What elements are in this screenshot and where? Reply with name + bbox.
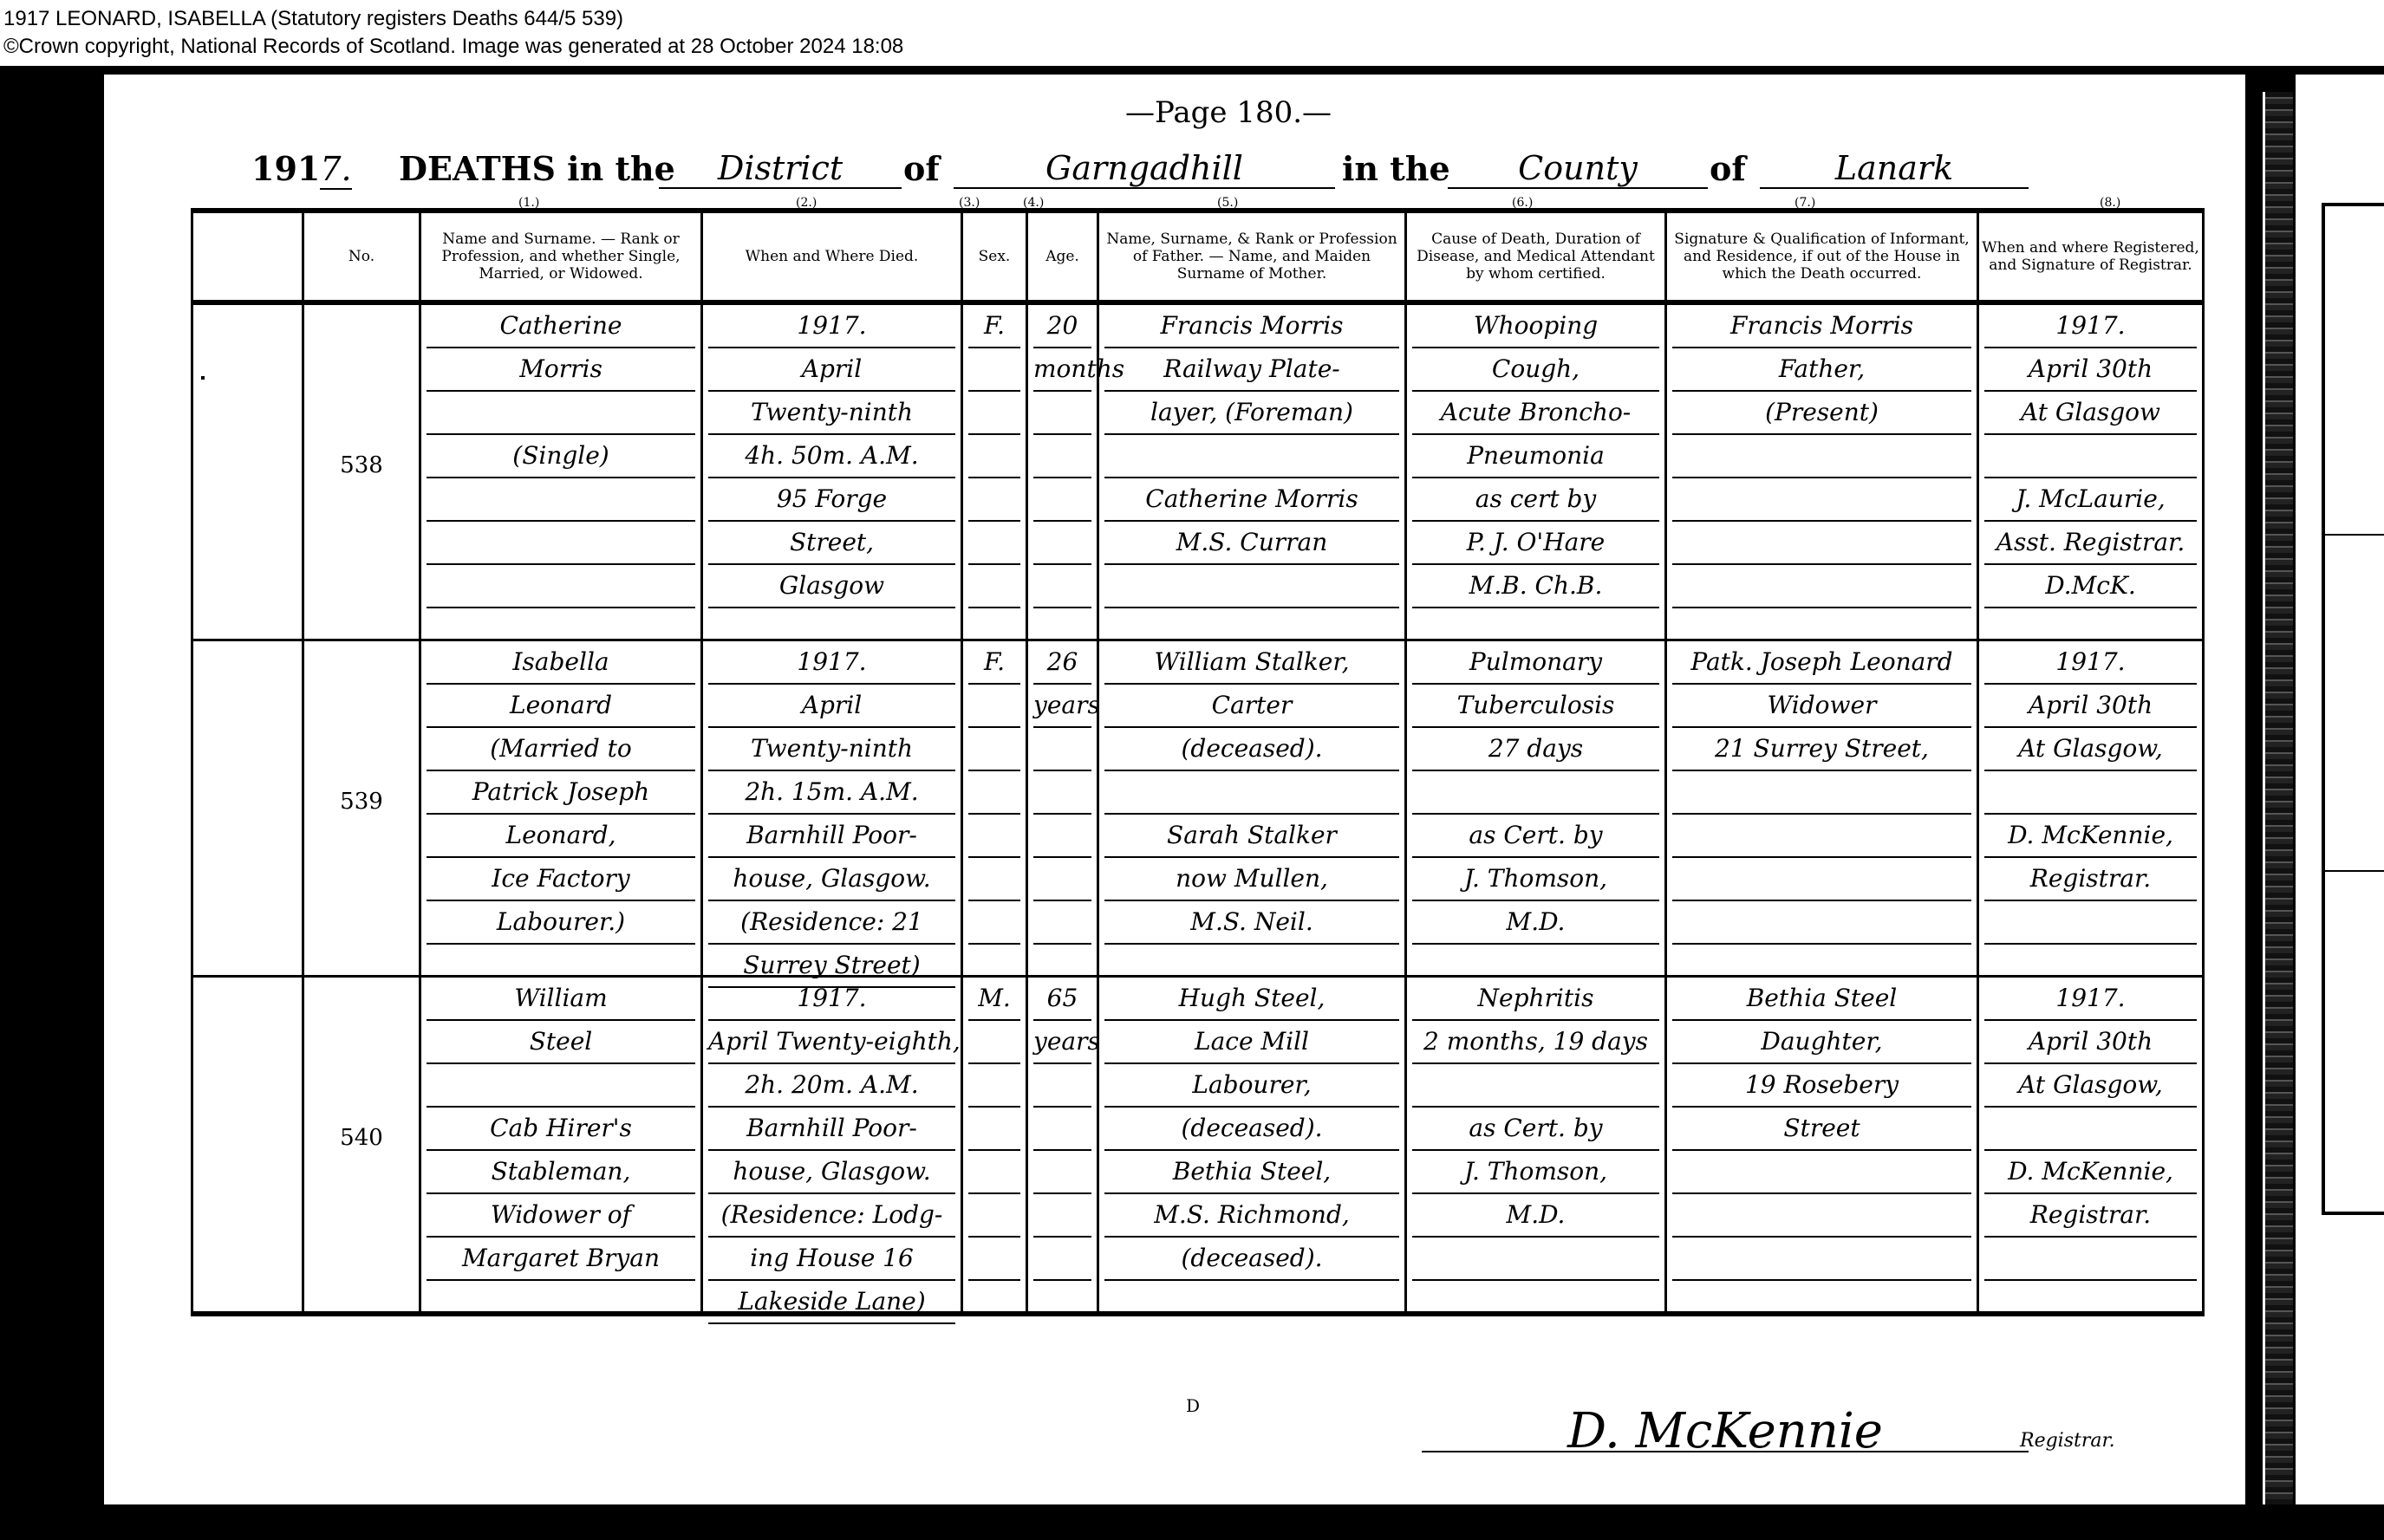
when-where-line: 95 Forge (708, 478, 955, 522)
sex-line (968, 348, 1020, 392)
sex-line (968, 1151, 1020, 1194)
book-spine (2263, 92, 2293, 1504)
name-line (427, 565, 695, 608)
parents-line (1104, 435, 1399, 478)
parents-line: Railway Plate- (1104, 348, 1399, 392)
parents-line: (deceased). (1104, 728, 1399, 771)
registered-line: D. McKennie, (1984, 1151, 2197, 1194)
registered-line: April 30th (1984, 1021, 2197, 1064)
header-sex: Sex. (962, 211, 1027, 302)
entry-number-cell: 540 (303, 977, 420, 1315)
table-header-row: No. Name and Surname. — Rank or Professi… (192, 211, 2204, 302)
cause-line: P. J. O'Hare (1412, 522, 1659, 565)
registered-line: Registrar. (1984, 1194, 2197, 1238)
informant-line: (Present) (1672, 392, 1971, 435)
sex-line (968, 565, 1020, 608)
cause-line: Cough, (1412, 348, 1659, 392)
when-where-line: 1917. (708, 305, 955, 348)
registered-line: April 30th (1984, 685, 2197, 728)
header-registered: When and where Registered, and Signature… (1978, 211, 2204, 302)
header-no: No. (303, 211, 420, 302)
cause-line: M.D. (1412, 901, 1659, 945)
cause-line: Acute Broncho- (1412, 392, 1659, 435)
registered-line (1984, 1108, 2197, 1151)
entry-number: 538 (304, 452, 419, 478)
sex-line (968, 435, 1020, 478)
age-line: years (1033, 685, 1091, 728)
margin-cell (192, 977, 303, 1315)
parents-cell: Hugh Steel,Lace MillLabourer,(deceased).… (1098, 977, 1406, 1315)
name-line (427, 392, 695, 435)
when-where-line: April (708, 685, 955, 728)
cause-line: 27 days (1412, 728, 1659, 771)
cause-line (1412, 771, 1659, 815)
age-cell: 20months (1027, 302, 1098, 640)
year-label: 1917. (251, 149, 352, 188)
facing-page (2296, 75, 2384, 1504)
when-where-line: 4h. 50m. A.M. (708, 435, 955, 478)
cause-line: Whooping (1412, 305, 1659, 348)
parents-line: Catherine Morris (1104, 478, 1399, 522)
margin-cell (192, 640, 303, 977)
age-cell: 65years (1027, 977, 1098, 1315)
informant-line: Widower (1672, 685, 1971, 728)
when-where-line: 2h. 20m. A.M. (708, 1064, 955, 1108)
informant-line (1672, 478, 1971, 522)
when-where-cell: 1917.AprilTwenty-ninth2h. 15m. A.M.Barnh… (702, 640, 962, 977)
header-age: Age. (1027, 211, 1098, 302)
registered-line: 1917. (1984, 641, 2197, 685)
cause-cell: Nephritis2 months, 19 daysas Cert. byJ. … (1406, 977, 1666, 1315)
name-line: (Married to (427, 728, 695, 771)
registered-cell: 1917.April 30thAt GlasgowJ. McLaurie,Ass… (1978, 302, 2204, 640)
informant-line: 21 Surrey Street, (1672, 728, 1971, 771)
name-line: Widower of (427, 1194, 695, 1238)
cause-line: M.B. Ch.B. (1412, 565, 1659, 608)
informant-line: Francis Morris (1672, 305, 1971, 348)
deaths-register-table: No. Name and Surname. — Rank or Professi… (191, 208, 2205, 1316)
sex-line (968, 392, 1020, 435)
age-line (1033, 1108, 1091, 1151)
sex-line (968, 815, 1020, 858)
sex-line (968, 1108, 1020, 1151)
sex-line (968, 771, 1020, 815)
sex-line: M. (968, 978, 1020, 1021)
when-where-line: house, Glasgow. (708, 1151, 955, 1194)
age-line (1033, 565, 1091, 608)
parents-line: (deceased). (1104, 1238, 1399, 1281)
when-where-line: ing House 16 (708, 1238, 955, 1281)
deaths-in-the-label: DEATHS in the (399, 149, 675, 188)
age-line (1033, 1151, 1091, 1194)
age-line (1033, 435, 1091, 478)
when-where-line: Twenty-ninth (708, 392, 955, 435)
parents-line: Hugh Steel, (1104, 978, 1399, 1021)
table-row: 538CatherineMorris(Single)1917.AprilTwen… (192, 302, 2204, 640)
informant-line (1672, 565, 1971, 608)
sex-line: F. (968, 641, 1020, 685)
county-type: County (1448, 149, 1708, 189)
when-where-line: April (708, 348, 955, 392)
name-cell: CatherineMorris(Single) (420, 302, 702, 640)
name-line: Morris (427, 348, 695, 392)
header-when-where: When and Where Died. (702, 211, 962, 302)
parents-cell: Francis MorrisRailway Plate-layer, (Fore… (1098, 302, 1406, 640)
sex-line (968, 478, 1020, 522)
age-line (1033, 1238, 1091, 1281)
page-mark: D (1186, 1395, 1200, 1416)
informant-line: Daughter, (1672, 1021, 1971, 1064)
cause-line: as Cert. by (1412, 1108, 1659, 1151)
sex-line (968, 1194, 1020, 1238)
informant-line (1672, 435, 1971, 478)
registered-line: At Glasgow, (1984, 1064, 2197, 1108)
sex-line (968, 522, 1020, 565)
age-line (1033, 771, 1091, 815)
name-line: Leonard (427, 685, 695, 728)
cause-line: as Cert. by (1412, 815, 1659, 858)
parents-line: M.S. Neil. (1104, 901, 1399, 945)
informant-cell: Francis MorrisFather,(Present) (1666, 302, 1978, 640)
sex-line (968, 1021, 1020, 1064)
when-where-cell: 1917.April Twenty-eighth,2h. 20m. A.M.Ba… (702, 977, 962, 1315)
header-name: Name and Surname. — Rank or Profession, … (420, 211, 702, 302)
registered-line: At Glasgow (1984, 392, 2197, 435)
record-title: 1917 LEONARD, ISABELLA (Statutory regist… (3, 7, 623, 31)
when-where-line: (Residence: 21 (708, 901, 955, 945)
name-line: Ice Factory (427, 858, 695, 901)
when-where-line: (Residence: Lodg- (708, 1194, 955, 1238)
cause-line: Pulmonary (1412, 641, 1659, 685)
name-line: Steel (427, 1021, 695, 1064)
name-line: Labourer.) (427, 901, 695, 945)
entry-number: 540 (304, 1125, 419, 1151)
informant-cell: Patk. Joseph LeonardWidower21 Surrey Str… (1666, 640, 1978, 977)
parents-line: Labourer, (1104, 1064, 1399, 1108)
header-informant: Signature & Qualification of Informant, … (1666, 211, 1978, 302)
cause-line (1412, 1064, 1659, 1108)
registered-line: J. McLaurie, (1984, 478, 2197, 522)
cause-line: Tuberculosis (1412, 685, 1659, 728)
cause-line: Pneumonia (1412, 435, 1659, 478)
age-line: 20 (1033, 305, 1091, 348)
sex-line: F. (968, 305, 1020, 348)
entry-number-cell: 538 (303, 302, 420, 640)
informant-line: 19 Rosebery (1672, 1064, 1971, 1108)
sex-cell: F. (962, 302, 1027, 640)
age-line: 26 (1033, 641, 1091, 685)
name-line (427, 1064, 695, 1108)
sex-line (968, 1238, 1020, 1281)
cause-cell: PulmonaryTuberculosis27 daysas Cert. byJ… (1406, 640, 1666, 977)
of-label-2: of (1710, 149, 1746, 188)
informant-line (1672, 522, 1971, 565)
sex-cell: M. (962, 977, 1027, 1315)
name-line: Leonard, (427, 815, 695, 858)
sex-line (968, 858, 1020, 901)
registered-line (1984, 1238, 2197, 1281)
informant-line (1672, 858, 1971, 901)
name-line: Stableman, (427, 1151, 695, 1194)
sex-line (968, 728, 1020, 771)
registered-cell: 1917.April 30thAt Glasgow,D. McKennie,Re… (1978, 640, 2204, 977)
entry-number: 539 (304, 789, 419, 815)
name-line: Cab Hirer's (427, 1108, 695, 1151)
parents-line: Sarah Stalker (1104, 815, 1399, 858)
registered-line: 1917. (1984, 305, 2197, 348)
parents-line: Francis Morris (1104, 305, 1399, 348)
cause-line: as cert by (1412, 478, 1659, 522)
cause-line: Nephritis (1412, 978, 1659, 1021)
cause-line (1412, 1238, 1659, 1281)
registrar-signature: D. McKennie (1422, 1413, 2029, 1452)
when-where-line: Twenty-ninth (708, 728, 955, 771)
entry-number-cell: 539 (303, 640, 420, 977)
informant-line (1672, 771, 1971, 815)
age-line (1033, 392, 1091, 435)
age-line (1033, 901, 1091, 945)
informant-cell: Bethia SteelDaughter,19 RoseberyStreet (1666, 977, 1978, 1315)
name-line (427, 478, 695, 522)
when-where-line: 1917. (708, 978, 955, 1021)
informant-line: Street (1672, 1108, 1971, 1151)
copyright-notice: ©Crown copyright, National Records of Sc… (3, 35, 903, 59)
registered-line (1984, 771, 2197, 815)
parents-line: Bethia Steel, (1104, 1151, 1399, 1194)
age-line: months (1033, 348, 1091, 392)
name-line: (Single) (427, 435, 695, 478)
when-where-line: 1917. (708, 641, 955, 685)
when-where-line: April Twenty-eighth, (708, 1021, 955, 1064)
parents-line: William Stalker, (1104, 641, 1399, 685)
registered-cell: 1917.April 30thAt Glasgow,D. McKennie,Re… (1978, 977, 2204, 1315)
registered-line: 1917. (1984, 978, 2197, 1021)
informant-line (1672, 815, 1971, 858)
cause-line: M.D. (1412, 1194, 1659, 1238)
register-heading: 1917. DEATHS in the District of Garngadh… (251, 149, 2037, 201)
age-line (1033, 478, 1091, 522)
margin-cell (192, 302, 303, 640)
registered-line (1984, 901, 2197, 945)
age-line: years (1033, 1021, 1091, 1064)
informant-line: Father, (1672, 348, 1971, 392)
age-line (1033, 1194, 1091, 1238)
cause-line: J. Thomson, (1412, 858, 1659, 901)
margin-column-header (192, 211, 303, 302)
informant-line (1672, 901, 1971, 945)
age-line (1033, 815, 1091, 858)
name-line: William (427, 978, 695, 1021)
cause-line: J. Thomson, (1412, 1151, 1659, 1194)
when-where-line: 2h. 15m. A.M. (708, 771, 955, 815)
parents-line (1104, 771, 1399, 815)
age-line (1033, 858, 1091, 901)
informant-line (1672, 1151, 1971, 1194)
parents-line: M.S. Richmond, (1104, 1194, 1399, 1238)
when-where-line: Barnhill Poor- (708, 1108, 955, 1151)
sex-line (968, 685, 1020, 728)
sex-line (968, 1064, 1020, 1108)
parents-cell: William Stalker,Carter(deceased).Sarah S… (1098, 640, 1406, 977)
name-cell: IsabellaLeonard(Married toPatrick Joseph… (420, 640, 702, 977)
district-name: Garngadhill (954, 149, 1335, 189)
registered-line: D.McK. (1984, 565, 2197, 608)
age-line: 65 (1033, 978, 1091, 1021)
name-cell: WilliamSteelCab Hirer'sStableman,Widower… (420, 977, 702, 1315)
when-where-line: Glasgow (708, 565, 955, 608)
parents-line (1104, 565, 1399, 608)
informant-line (1672, 1194, 1971, 1238)
county-name: Lanark (1760, 149, 2029, 189)
age-line (1033, 1064, 1091, 1108)
header-cause: Cause of Death, Duration of Disease, and… (1406, 211, 1666, 302)
sex-cell: F. (962, 640, 1027, 977)
registered-line: D. McKennie, (1984, 815, 2197, 858)
parents-line: Carter (1104, 685, 1399, 728)
facing-page-table-edge (2322, 203, 2384, 1215)
name-line (427, 522, 695, 565)
of-label-1: of (903, 149, 940, 188)
parents-line: M.S. Curran (1104, 522, 1399, 565)
when-where-line: house, Glasgow. (708, 858, 955, 901)
header-parents: Name, Surname, & Rank or Profession of F… (1098, 211, 1406, 302)
informant-line: Patk. Joseph Leonard (1672, 641, 1971, 685)
name-line: Patrick Joseph (427, 771, 695, 815)
cause-cell: WhoopingCough,Acute Broncho-Pneumoniaas … (1406, 302, 1666, 640)
sex-line (968, 901, 1020, 945)
registrar-label: Registrar. (2020, 1430, 2115, 1452)
table-row: 540WilliamSteelCab Hirer'sStableman,Wido… (192, 977, 2204, 1315)
registered-line: At Glasgow, (1984, 728, 2197, 771)
when-where-line: Barnhill Poor- (708, 815, 955, 858)
informant-line (1672, 1238, 1971, 1281)
registered-line: Asst. Registrar. (1984, 522, 2197, 565)
age-cell: 26years (1027, 640, 1098, 977)
registered-line (1984, 435, 2197, 478)
when-where-line: Street, (708, 522, 955, 565)
parents-line: layer, (Foreman) (1104, 392, 1399, 435)
parents-line: (deceased). (1104, 1108, 1399, 1151)
age-line (1033, 728, 1091, 771)
name-line: Margaret Bryan (427, 1238, 695, 1281)
informant-line: Bethia Steel (1672, 978, 1971, 1021)
in-the-label: in the (1342, 149, 1450, 188)
cause-line: 2 months, 19 days (1412, 1021, 1659, 1064)
table-row: 539IsabellaLeonard(Married toPatrick Jos… (192, 640, 2204, 977)
registered-line: Registrar. (1984, 858, 2197, 901)
parents-line: now Mullen, (1104, 858, 1399, 901)
parents-line: Lace Mill (1104, 1021, 1399, 1064)
age-line (1033, 522, 1091, 565)
name-line: Catherine (427, 305, 695, 348)
page-number: —Page 180.— (1125, 95, 1332, 130)
district-type: District (659, 149, 902, 189)
name-line: Isabella (427, 641, 695, 685)
when-where-line: Lakeside Lane) (708, 1281, 955, 1324)
registered-line: April 30th (1984, 348, 2197, 392)
when-where-cell: 1917.AprilTwenty-ninth4h. 50m. A.M.95 Fo… (702, 302, 962, 640)
